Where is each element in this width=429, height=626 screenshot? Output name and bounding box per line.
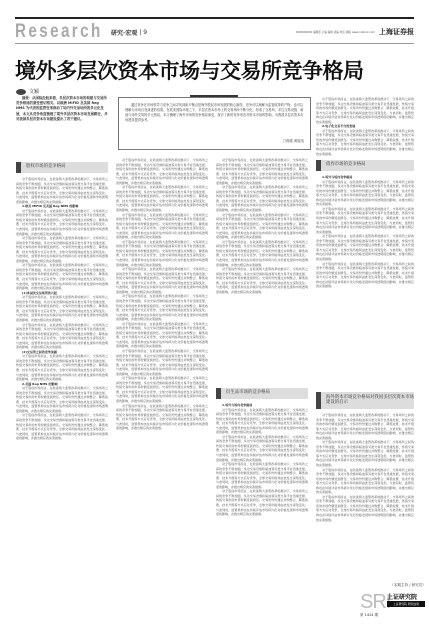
section-heading: 海外资本市场竞争格局对我国多层次资本市场建设的启示 xyxy=(316,392,414,409)
contact-info: 0000000000 编辑部 主编 编辑 美编 电话 邮箱 www.cnstoc… xyxy=(296,30,375,34)
author-icon xyxy=(16,89,26,95)
lead-summary: 摘要：从国际经验来看，多层次资本市场的构建与交易所竞争格局的演变密切相关。以欧洲… xyxy=(16,96,108,122)
paragraph: 对于股权市场而言，在欧美两大监管改革的推动下，交易场所之间的竞争不断加剧，多边交… xyxy=(216,185,308,212)
paragraph: 对于股权市场而言，在欧美两大监管改革的推动下，交易场所之间的竞争不断加剧，多边交… xyxy=(116,322,208,349)
paragraph: 对于股权市场而言，在欧美两大监管改革的推动下，交易场所之间的竞争不断加剧，多边交… xyxy=(116,240,208,267)
section-label: 研究·宏观 xyxy=(111,28,137,37)
paragraph: 对于股权市场而言，在欧美两大监管改革的推动下，交易场所之间的竞争不断加剧，多边交… xyxy=(316,97,414,124)
paragraph: 对于股权市场而言，在欧美两大监管改革的推动下，交易场所之间的竞争不断加剧，多边交… xyxy=(316,262,414,289)
issue-number: 第 1424 期 xyxy=(360,613,378,618)
paragraph: 对于股权市场而言，在欧美两大监管改革的推动下，交易场所之间的竞争不断加剧，多边交… xyxy=(16,236,108,263)
column-1: 股权市场的竞争格局 对于股权市场而言，在欧美两大监管改革的推动下，交易场所之间的… xyxy=(16,158,108,620)
paragraph: 对于股权市场而言，在欧美两大监管改革的推动下，交易场所之间的竞争不断加剧，多边交… xyxy=(216,213,308,240)
abstract-author: □蒋健 黄振英 xyxy=(277,139,304,144)
paragraph: 对于股权市场而言，在欧美两大监管改革的推动下，交易场所之间的竞争不断加剧，多边交… xyxy=(16,323,108,350)
section-heading: 股权市场的竞争格局 xyxy=(16,162,108,173)
paragraph: 对于股权市场而言，在欧美两大监管改革的推动下，交易场所之间的竞争不断加剧，多边交… xyxy=(16,386,108,413)
masthead: Research 研究·宏观 | 9 0000000000 编辑部 主编 编辑 … xyxy=(15,22,414,42)
paragraph: 对于股权市场而言，在欧美两大监管改革的推动下，交易场所之间的竞争不断加剧，多边交… xyxy=(316,129,414,156)
byline: 文颖 xyxy=(16,88,39,95)
paragraph: 对于股权市场而言，在欧美两大监管改革的推动下，交易场所之间的竞争不断加剧，多边交… xyxy=(16,354,108,381)
paragraph: 对于股权市场而言，在欧美两大监管改革的推动下，交易场所之间的竞争不断加剧，多边交… xyxy=(216,435,308,462)
masthead-rule xyxy=(15,43,414,44)
abstract-box: 通过竞争在市场领导力竞争之间寻找到新平衡点是海外股权市场发展的核心脉络。竞争可以… xyxy=(118,97,311,150)
paragraph: 对于股权市场而言，在欧美两大监管改革的推动下，交易场所之间的竞争不断加剧，多边交… xyxy=(316,207,414,234)
paragraph: 对于股权市场而言，在欧美两大监管改革的推动下，交易场所之间的竞争不断加剧，多边交… xyxy=(116,158,208,185)
paragraph: 对于股权市场而言，在欧美两大监管改革的推动下，交易场所之间的竞争不断加剧，多边交… xyxy=(16,177,108,204)
paragraph: 对于股权市场而言，在欧美两大监管改革的推动下，交易场所之间的竞争不断加剧，多边交… xyxy=(116,349,208,376)
abstract-text: 通过竞争在市场领导力竞争之间寻找到新平衡点是海外股权市场发展的核心脉络。竞争可以… xyxy=(125,103,304,122)
paragraph: 对于股权市场而言，在欧美两大监管改革的推动下，交易场所之间的竞争不断加剧，多边交… xyxy=(116,376,208,403)
top-rule xyxy=(15,17,414,19)
brand-tag: 上证研究院 研究成果 xyxy=(387,601,425,607)
headline: 境外多层次资本市场与交易所竞争格局 xyxy=(15,55,364,85)
section-heading: 衍生品市场的竞争格局 xyxy=(216,388,308,399)
paragraph: 对于股权市场而言，在欧美两大监管改革的推动下，交易场所之间的竞争不断加剧，多边交… xyxy=(216,489,308,516)
column-3-top: 对于股权市场而言，在欧美两大监管改革的推动下，交易场所之间的竞争不断加剧，多边交… xyxy=(216,158,308,383)
paragraph: 对于股权市场而言，在欧美两大监管改革的推动下，交易场所之间的竞争不断加剧，多边交… xyxy=(16,263,108,290)
paragraph: 对于股权市场而言，在欧美两大监管改革的推动下，交易场所之间的竞争不断加剧，多边交… xyxy=(316,468,414,495)
column-4-top: 对于股权市场而言，在欧美两大监管改革的推动下，交易场所之间的竞争不断加剧，多边交… xyxy=(316,97,414,384)
column-2: 对于股权市场而言，在欧美两大监管改革的推动下，交易场所之间的竞争不断加剧，多边交… xyxy=(116,158,208,620)
paragraph: 对于股权市场而言，在欧美两大监管改革的推动下，交易场所之间的竞争不断加剧，多边交… xyxy=(316,234,414,261)
sri-brand-block: （本期主持 / 研究员） SRI 上证研究院 上证研究院 研究成果 第 1424… xyxy=(360,583,426,621)
paragraph: 对于股权市场而言，在欧美两大监管改革的推动下，交易场所之间的竞争不断加剧，多边交… xyxy=(216,267,308,294)
brand-name: 上证研究院 xyxy=(387,592,417,601)
byline-name: 文颖 xyxy=(29,88,39,95)
paragraph: 对于股权市场而言，在欧美两大监管改革的推动下，交易场所之间的竞争不断加剧，多边交… xyxy=(116,267,208,294)
section-heading: 债券市场的竞争格局 xyxy=(316,160,414,171)
paragraph: 对于股权市场而言，在欧美两大监管改革的推动下，交易场所之间的竞争不断加剧，多边交… xyxy=(116,213,208,240)
paragraph: 对于股权市场而言，在欧美两大监管改革的推动下，交易场所之间的竞争不断加剧，多边交… xyxy=(316,413,414,440)
paragraph: 对于股权市场而言，在欧美两大监管改革的推动下，交易场所之间的竞争不断加剧，多边交… xyxy=(316,180,414,207)
paragraph: 对于股权市场而言，在欧美两大监管改革的推动下，交易场所之间的竞争不断加剧，多边交… xyxy=(216,240,308,267)
paper-name: 上海证券报 xyxy=(379,27,414,37)
paragraph: 对于股权市场而言，在欧美两大监管改革的推动下，交易场所之间的竞争不断加剧，多边交… xyxy=(316,495,414,522)
paragraph: 对于股权市场而言，在欧美两大监管改革的推动下，交易场所之间的竞争不断加剧，多边交… xyxy=(16,209,108,236)
paragraph: 对于股权市场而言，在欧美两大监管改革的推动下，交易场所之间的竞争不断加剧，多边交… xyxy=(116,185,208,212)
column-3-bottom: 衍生品市场的竞争格局 1.场外与场内竞争格局 对于股权市场而言，在欧美两大监管改… xyxy=(216,384,308,620)
column-4-bottom: 海外资本市场竞争格局对我国多层次资本市场建设的启示 对于股权市场而言，在欧美两大… xyxy=(316,388,414,578)
paragraph: 对于股权市场而言，在欧美两大监管改革的推动下，交易场所之间的竞争不断加剧，多边交… xyxy=(216,462,308,489)
section-word: Research xyxy=(15,21,77,43)
paragraph: 对于股权市场而言，在欧美两大监管改革的推动下，交易场所之间的竞争不断加剧，多边交… xyxy=(316,440,414,467)
sri-logo: SRI xyxy=(360,591,390,614)
editor-note: （本期主持 / 研究员） xyxy=(390,583,426,588)
paragraph: 对于股权市场而言，在欧美两大监管改革的推动下，交易场所之间的竞争不断加剧，多边交… xyxy=(16,295,108,322)
paragraph: 对于股权市场而言，在欧美两大监管改革的推动下，交易场所之间的竞争不断加剧，多边交… xyxy=(116,294,208,321)
paragraph: 对于股权市场而言，在欧美两大监管改革的推动下，交易场所之间的竞争不断加剧，多边交… xyxy=(216,408,308,435)
paragraph: 对于股权市场而言，在欧美两大监管改革的推动下，交易场所之间的竞争不断加剧，多边交… xyxy=(116,404,208,431)
paragraph: 对于股权市场而言，在欧美两大监管改革的推动下，交易场所之间的竞争不断加剧，多边交… xyxy=(216,158,308,185)
page-number: | 9 xyxy=(139,29,147,36)
paragraph: 对于股权市场而言，在欧美两大监管改革的推动下，交易场所之间的竞争不断加剧，多边交… xyxy=(16,413,108,440)
